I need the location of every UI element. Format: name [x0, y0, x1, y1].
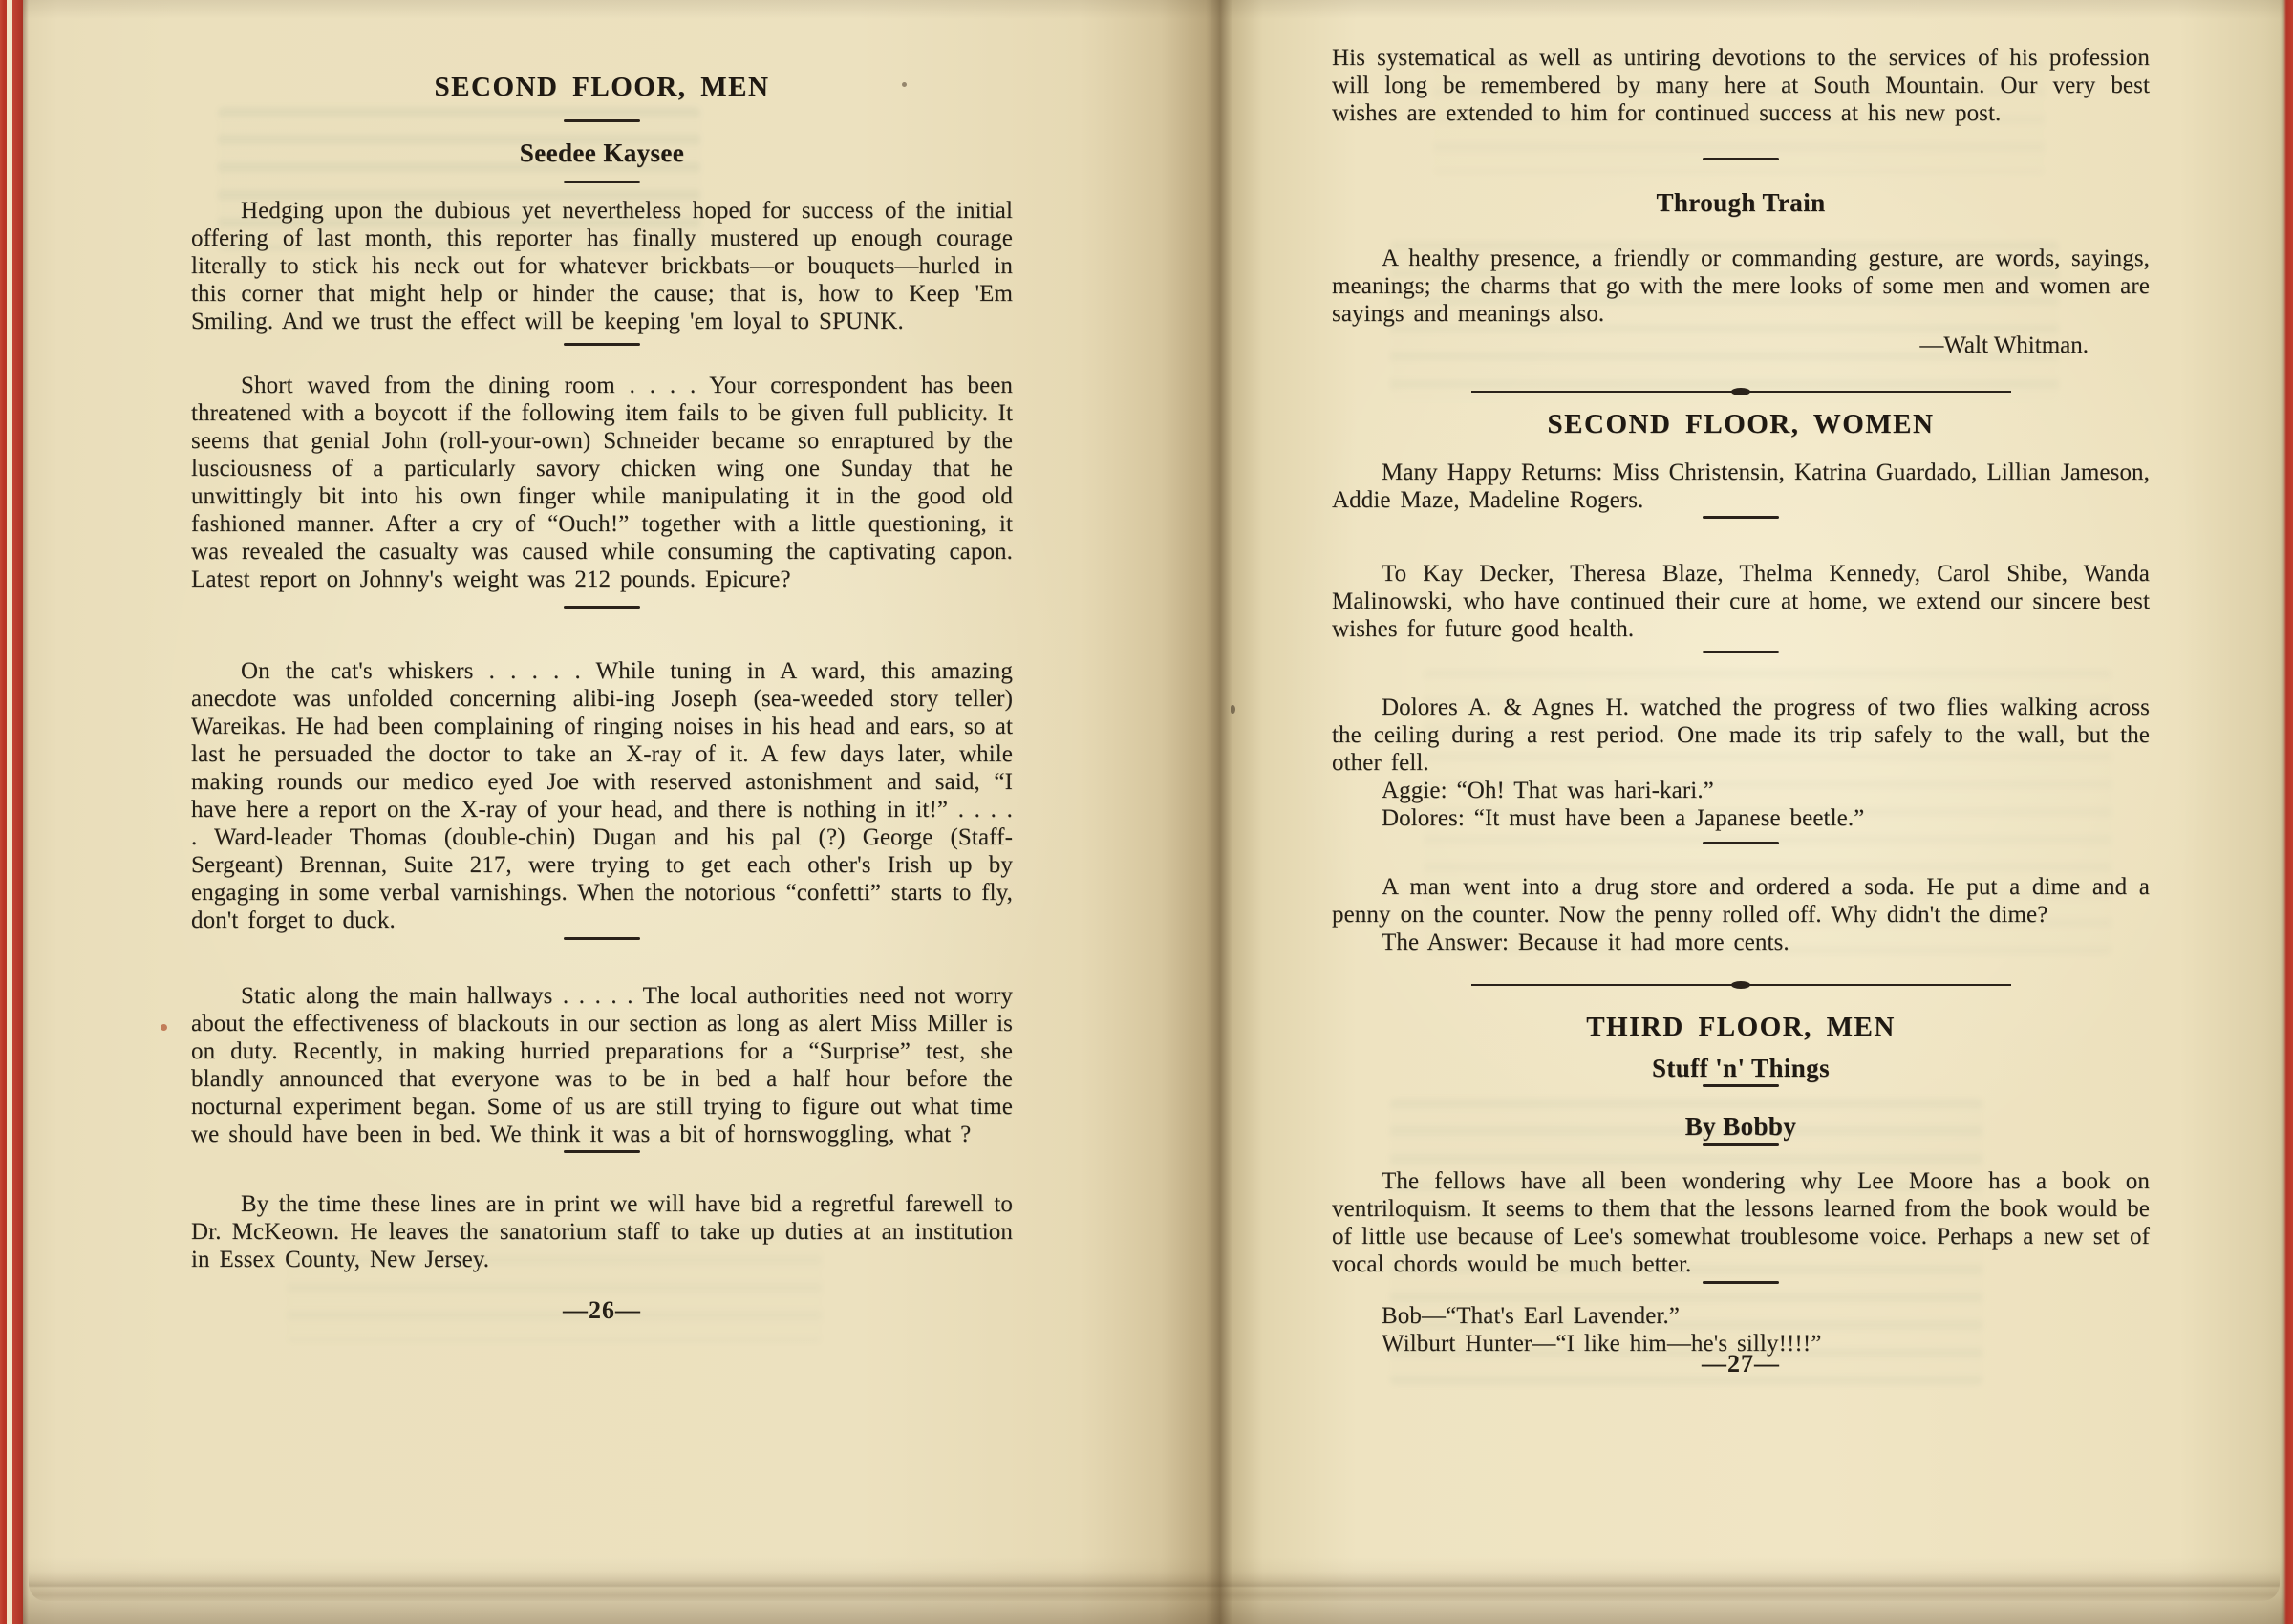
- book-cover-edge-right: [2280, 0, 2293, 1624]
- dialogue-line: Dolores: “It must have been a Japanese b…: [1332, 804, 2150, 832]
- divider-dot: [1731, 388, 1750, 395]
- page-stack-shadow: [29, 1572, 2280, 1601]
- paper-speck: [161, 1024, 167, 1031]
- divider-rule: [1703, 516, 1779, 519]
- divider-rule: [1703, 842, 1779, 844]
- divider-rule: [564, 119, 640, 122]
- dialogue-line: Bob—“That's Earl Lavender.”: [1332, 1302, 2150, 1330]
- divider-rule: [1703, 651, 1779, 653]
- divider-rule: [1703, 1084, 1779, 1087]
- byline-by-bobby: By Bobby: [1332, 1112, 2150, 1141]
- section-heading-third-floor-men: THIRD FLOOR, MEN: [1332, 1011, 2150, 1043]
- paragraph: Many Happy Returns: Miss Christensin, Ka…: [1332, 459, 2150, 514]
- paragraph: Short waved from the dining room . . . .…: [191, 372, 1013, 593]
- section-heading-second-floor-men: SECOND FLOOR, MEN: [191, 71, 1013, 103]
- book-spread-scan: SECOND FLOOR, MEN Seedee Kaysee Hedging …: [0, 0, 2293, 1624]
- divider-rule: [1703, 158, 1779, 160]
- section-heading-second-floor-women: SECOND FLOOR, WOMEN: [1332, 408, 2150, 440]
- divider-rule: [564, 181, 640, 183]
- divider-rule-long: [1471, 391, 2011, 393]
- right-page: His systematical as well as untiring dev…: [1332, 0, 2150, 1378]
- paragraph: The fellows have all been wondering why …: [1332, 1167, 2150, 1278]
- book-cover-edge-left: [0, 0, 29, 1624]
- quote-attribution: —Walt Whitman.: [1332, 331, 2150, 359]
- divider-rule: [564, 606, 640, 609]
- column-title-stuff-n-things: Stuff 'n' Things: [1332, 1054, 2150, 1082]
- paragraph: A healthy presence, a friendly or comman…: [1332, 245, 2150, 328]
- divider-dot: [1731, 981, 1750, 989]
- divider-rule: [1703, 1143, 1779, 1146]
- divider-rule: [564, 937, 640, 940]
- paragraph: His systematical as well as untiring dev…: [1332, 44, 2150, 127]
- divider-rule: [564, 343, 640, 346]
- byline-seedee-kaysee: Seedee Kaysee: [191, 139, 1013, 167]
- paragraph: By the time these lines are in print we …: [191, 1190, 1013, 1273]
- paragraph: Hedging upon the dubious yet nevertheles…: [191, 197, 1013, 335]
- paragraph: Dolores A. & Agnes H. watched the progre…: [1332, 694, 2150, 777]
- paragraph: A man went into a drug store and ordered…: [1332, 873, 2150, 929]
- page-number: —26—: [191, 1296, 1013, 1325]
- divider-rule: [1703, 1281, 1779, 1284]
- section-heading-through-train: Through Train: [1332, 188, 2150, 217]
- divider-rule-long: [1471, 984, 2011, 986]
- dialogue-line: The Answer: Because it had more cents.: [1332, 929, 2150, 956]
- paragraph: On the cat's whiskers . . . . . While tu…: [191, 657, 1013, 934]
- divider-rule: [564, 1150, 640, 1153]
- dialogue-line: Aggie: “Oh! That was hari-kari.”: [1332, 777, 2150, 804]
- paragraph: Static along the main hallways . . . . .…: [191, 982, 1013, 1148]
- paper-speck: [1231, 705, 1235, 714]
- left-page: SECOND FLOOR, MEN Seedee Kaysee Hedging …: [191, 0, 1013, 1325]
- paragraph: To Kay Decker, Theresa Blaze, Thelma Ken…: [1332, 560, 2150, 643]
